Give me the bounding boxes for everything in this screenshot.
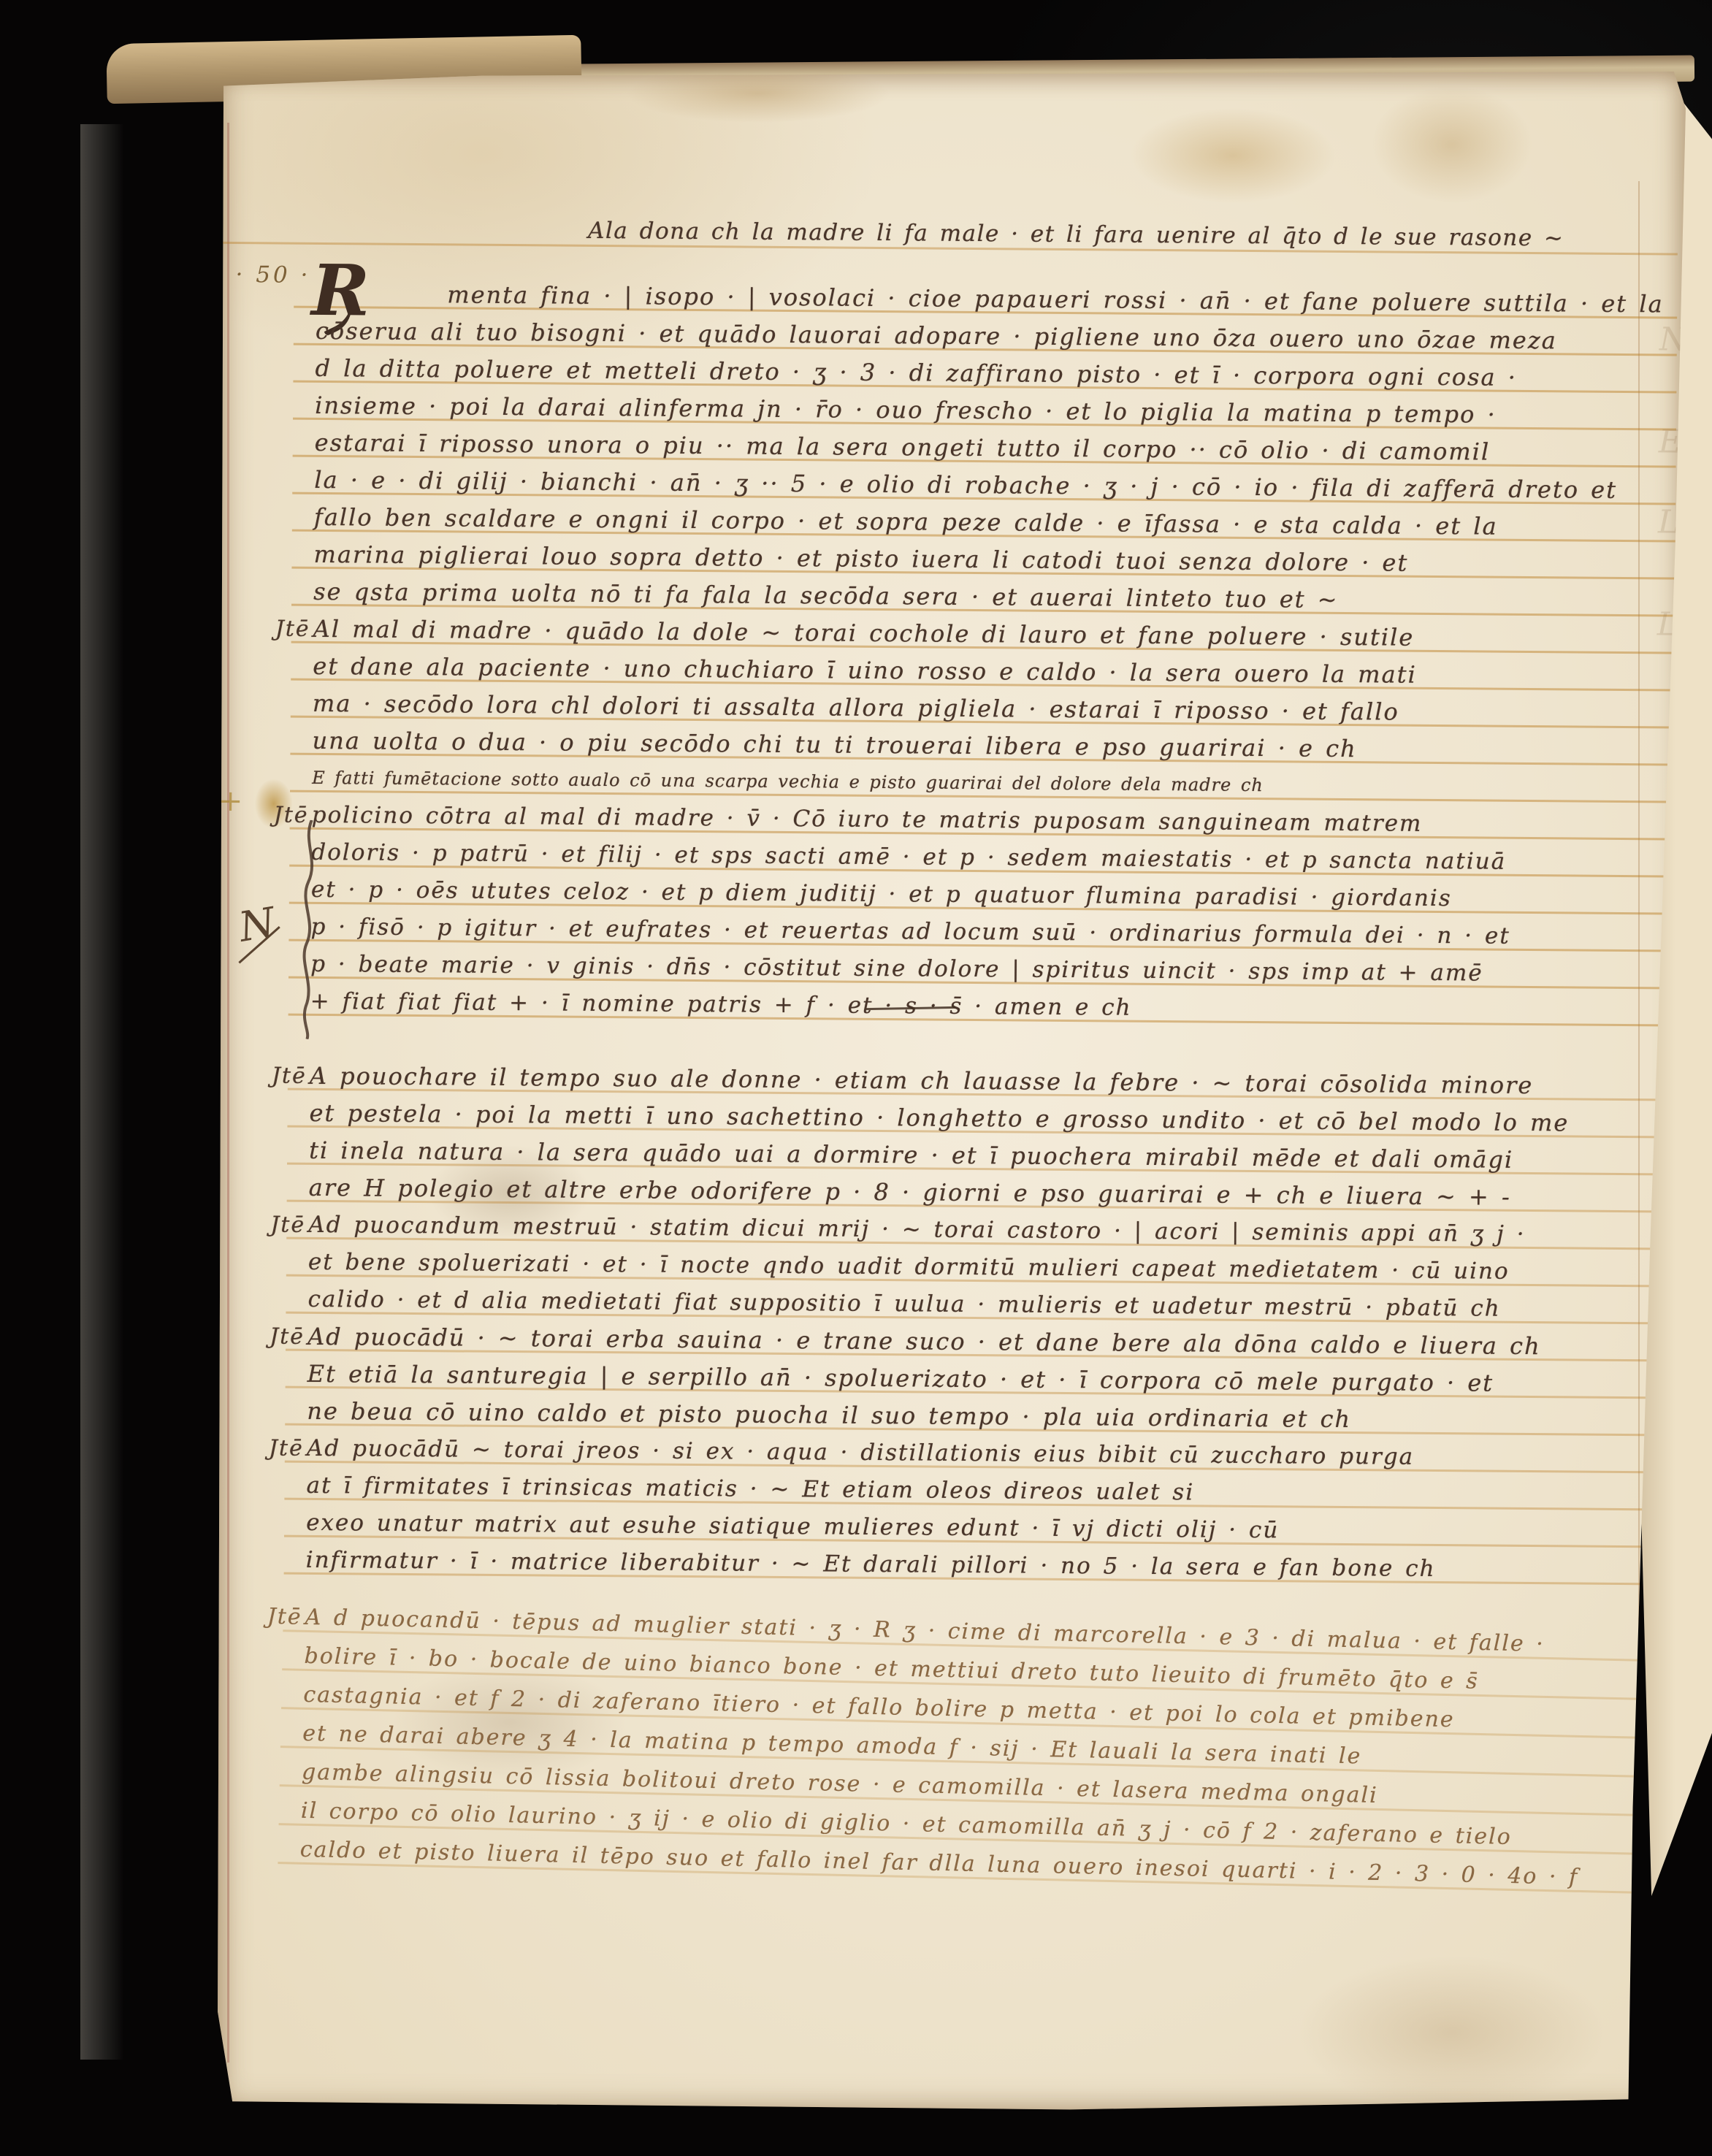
manuscript-line-text: insieme · poi la darai alinferma jn · r̄… xyxy=(315,391,1497,429)
manuscript-line-text: et · p · oēs ututes celoz · et p diem ju… xyxy=(311,876,1452,911)
manuscript-line-text: are H polegio et altre erbe odorifere p … xyxy=(309,1174,1511,1211)
running-title: Ala dona ch la madre li fa male · et li … xyxy=(230,207,1676,260)
manuscript-line-text: Ad puocādū ~ torai jreos · si ex · aqua … xyxy=(307,1435,1414,1470)
manuscript-line-text: d la ditta poluere et metteli dreto · ʒ … xyxy=(315,354,1517,391)
margin-item-mark: Jtē xyxy=(270,1318,305,1355)
manuscript-page: · 50 · R + N Ala dona ch la madre li fa … xyxy=(218,72,1687,2114)
manuscript-line-text: p · beate marie · v ginis · dn̄s · cōsti… xyxy=(310,951,1483,987)
manuscript-line-text: Ad puocādū · ~ torai erba sauina · e tra… xyxy=(307,1323,1541,1360)
manuscript-line-text: ma · secōdo lora chl dolori ti assalta a… xyxy=(313,689,1399,726)
margin-item-mark: Jtē xyxy=(274,796,309,833)
margin-item-mark: Jtē xyxy=(267,1597,302,1637)
manuscript-line-text: fallo ben scaldare e ongni il corpo · et… xyxy=(314,503,1498,540)
text-block: · 50 · R + N Ala dona ch la madre li fa … xyxy=(218,142,1677,2022)
text-body: menta fina · | isopo · | vosolaci · cioe… xyxy=(218,275,1676,1879)
stain xyxy=(627,72,890,123)
paragraph: Ad puocādū · ~ torai erba sauina · e tra… xyxy=(307,1318,1667,1441)
paragraph: A d puocandū · tēpus ad muglier stati · … xyxy=(299,1598,1665,1899)
manuscript-line-text: exeo unatur matrix aut esuhe siatique mu… xyxy=(306,1510,1279,1543)
manuscript-line-text: marina piglierai louo sopra detto · et p… xyxy=(313,540,1408,577)
manuscript-line-text: E fatti fumētacione sotto aualo cō una s… xyxy=(312,768,1264,795)
manuscript-line-text: Et etiā la santuregia | e serpillo an̄ ·… xyxy=(307,1360,1494,1397)
manuscript-line-text: una uolta o dua · o piu secōdo chi tu ti… xyxy=(312,727,1356,762)
manuscript-line-text: at ī firmitates ī trinsicas maticis · ~ … xyxy=(306,1472,1194,1506)
manuscript-line-text: et pestela · poi la metti ī uno sachetti… xyxy=(309,1099,1569,1137)
manuscript-line-text: et dane ala paciente · uno chuchiaro ī u… xyxy=(313,652,1417,689)
manuscript-line-text: A pouochare il tempo suo ale donne · eti… xyxy=(310,1062,1534,1099)
paragraph: A pouochare il tempo suo ale donne · eti… xyxy=(309,1058,1670,1217)
paragraph: Ad puocādū ~ torai jreos · si ex · aqua … xyxy=(306,1430,1667,1590)
manuscript-line-text: p · fisō · p igitur · et eufrates · et r… xyxy=(310,914,1510,949)
manuscript-line-text: se qsta prima uolta nō ti fa fala la sec… xyxy=(313,578,1339,613)
manuscript-line-text: Ad puocandum mestruū · statim dicui mrij… xyxy=(308,1212,1525,1247)
paragraph: policino cōtra al mal di madre · v̄ · Cō… xyxy=(310,797,1672,1031)
folio-number: · 50 · xyxy=(235,261,310,288)
manuscript-line-text: + fiat fiat fiat + · ī nomine patris + f… xyxy=(310,988,1132,1021)
margin-item-mark: Jtē xyxy=(272,1057,307,1094)
manuscript-line-text: estarai ī riposso unora o piu ·· ma la s… xyxy=(315,429,1491,466)
margin-item-mark: Jtē xyxy=(275,610,310,647)
book-fore-edge xyxy=(70,108,229,2112)
manuscript-line-text: doloris · p patrū · et filij · et sps sa… xyxy=(311,839,1506,875)
running-title-text: Ala dona ch la madre li fa male · et li … xyxy=(588,218,1564,251)
manuscript-line-text: ti inela natura · la sera quādo uai a do… xyxy=(309,1136,1513,1174)
manuscript-line-text: la · e · di gilij · bianchi · an̄ · ʒ ··… xyxy=(314,466,1617,504)
margin-monogram: N xyxy=(236,899,279,952)
manuscript-line-text: policino cōtra al mal di madre · v̄ · Cō… xyxy=(312,802,1423,837)
paragraph: Al mal di madre · quādo la dole ~ torai … xyxy=(312,611,1673,808)
manuscript-line-text: calido · et d alia medietati fiat suppos… xyxy=(307,1286,1500,1322)
paragraph: Ad puocandum mestruū · statim dicui mrij… xyxy=(307,1207,1668,1329)
manuscript-line-text: cōserua ali tuo bisogni · et quādo lauor… xyxy=(316,317,1557,354)
manuscript-line-text: et bene spoluerizati · et · ī nocte qndo… xyxy=(308,1249,1510,1285)
manuscript-line-text: infirmatur · ī · matrice liberabitur · ~… xyxy=(306,1547,1436,1582)
manuscript-line-text: Al mal di madre · quādo la dole ~ torai … xyxy=(313,615,1415,651)
manuscript-photo: · 50 · R + N Ala dona ch la madre li fa … xyxy=(0,0,1712,2156)
manuscript-line-text: ne beua cō uino caldo et pisto puocha il… xyxy=(307,1397,1351,1433)
paragraph: menta fina · | isopo · | vosolaci · cioe… xyxy=(313,275,1676,622)
margin-item-mark: Jtē xyxy=(269,1429,304,1467)
margin-item-mark: Jtē xyxy=(270,1206,305,1243)
